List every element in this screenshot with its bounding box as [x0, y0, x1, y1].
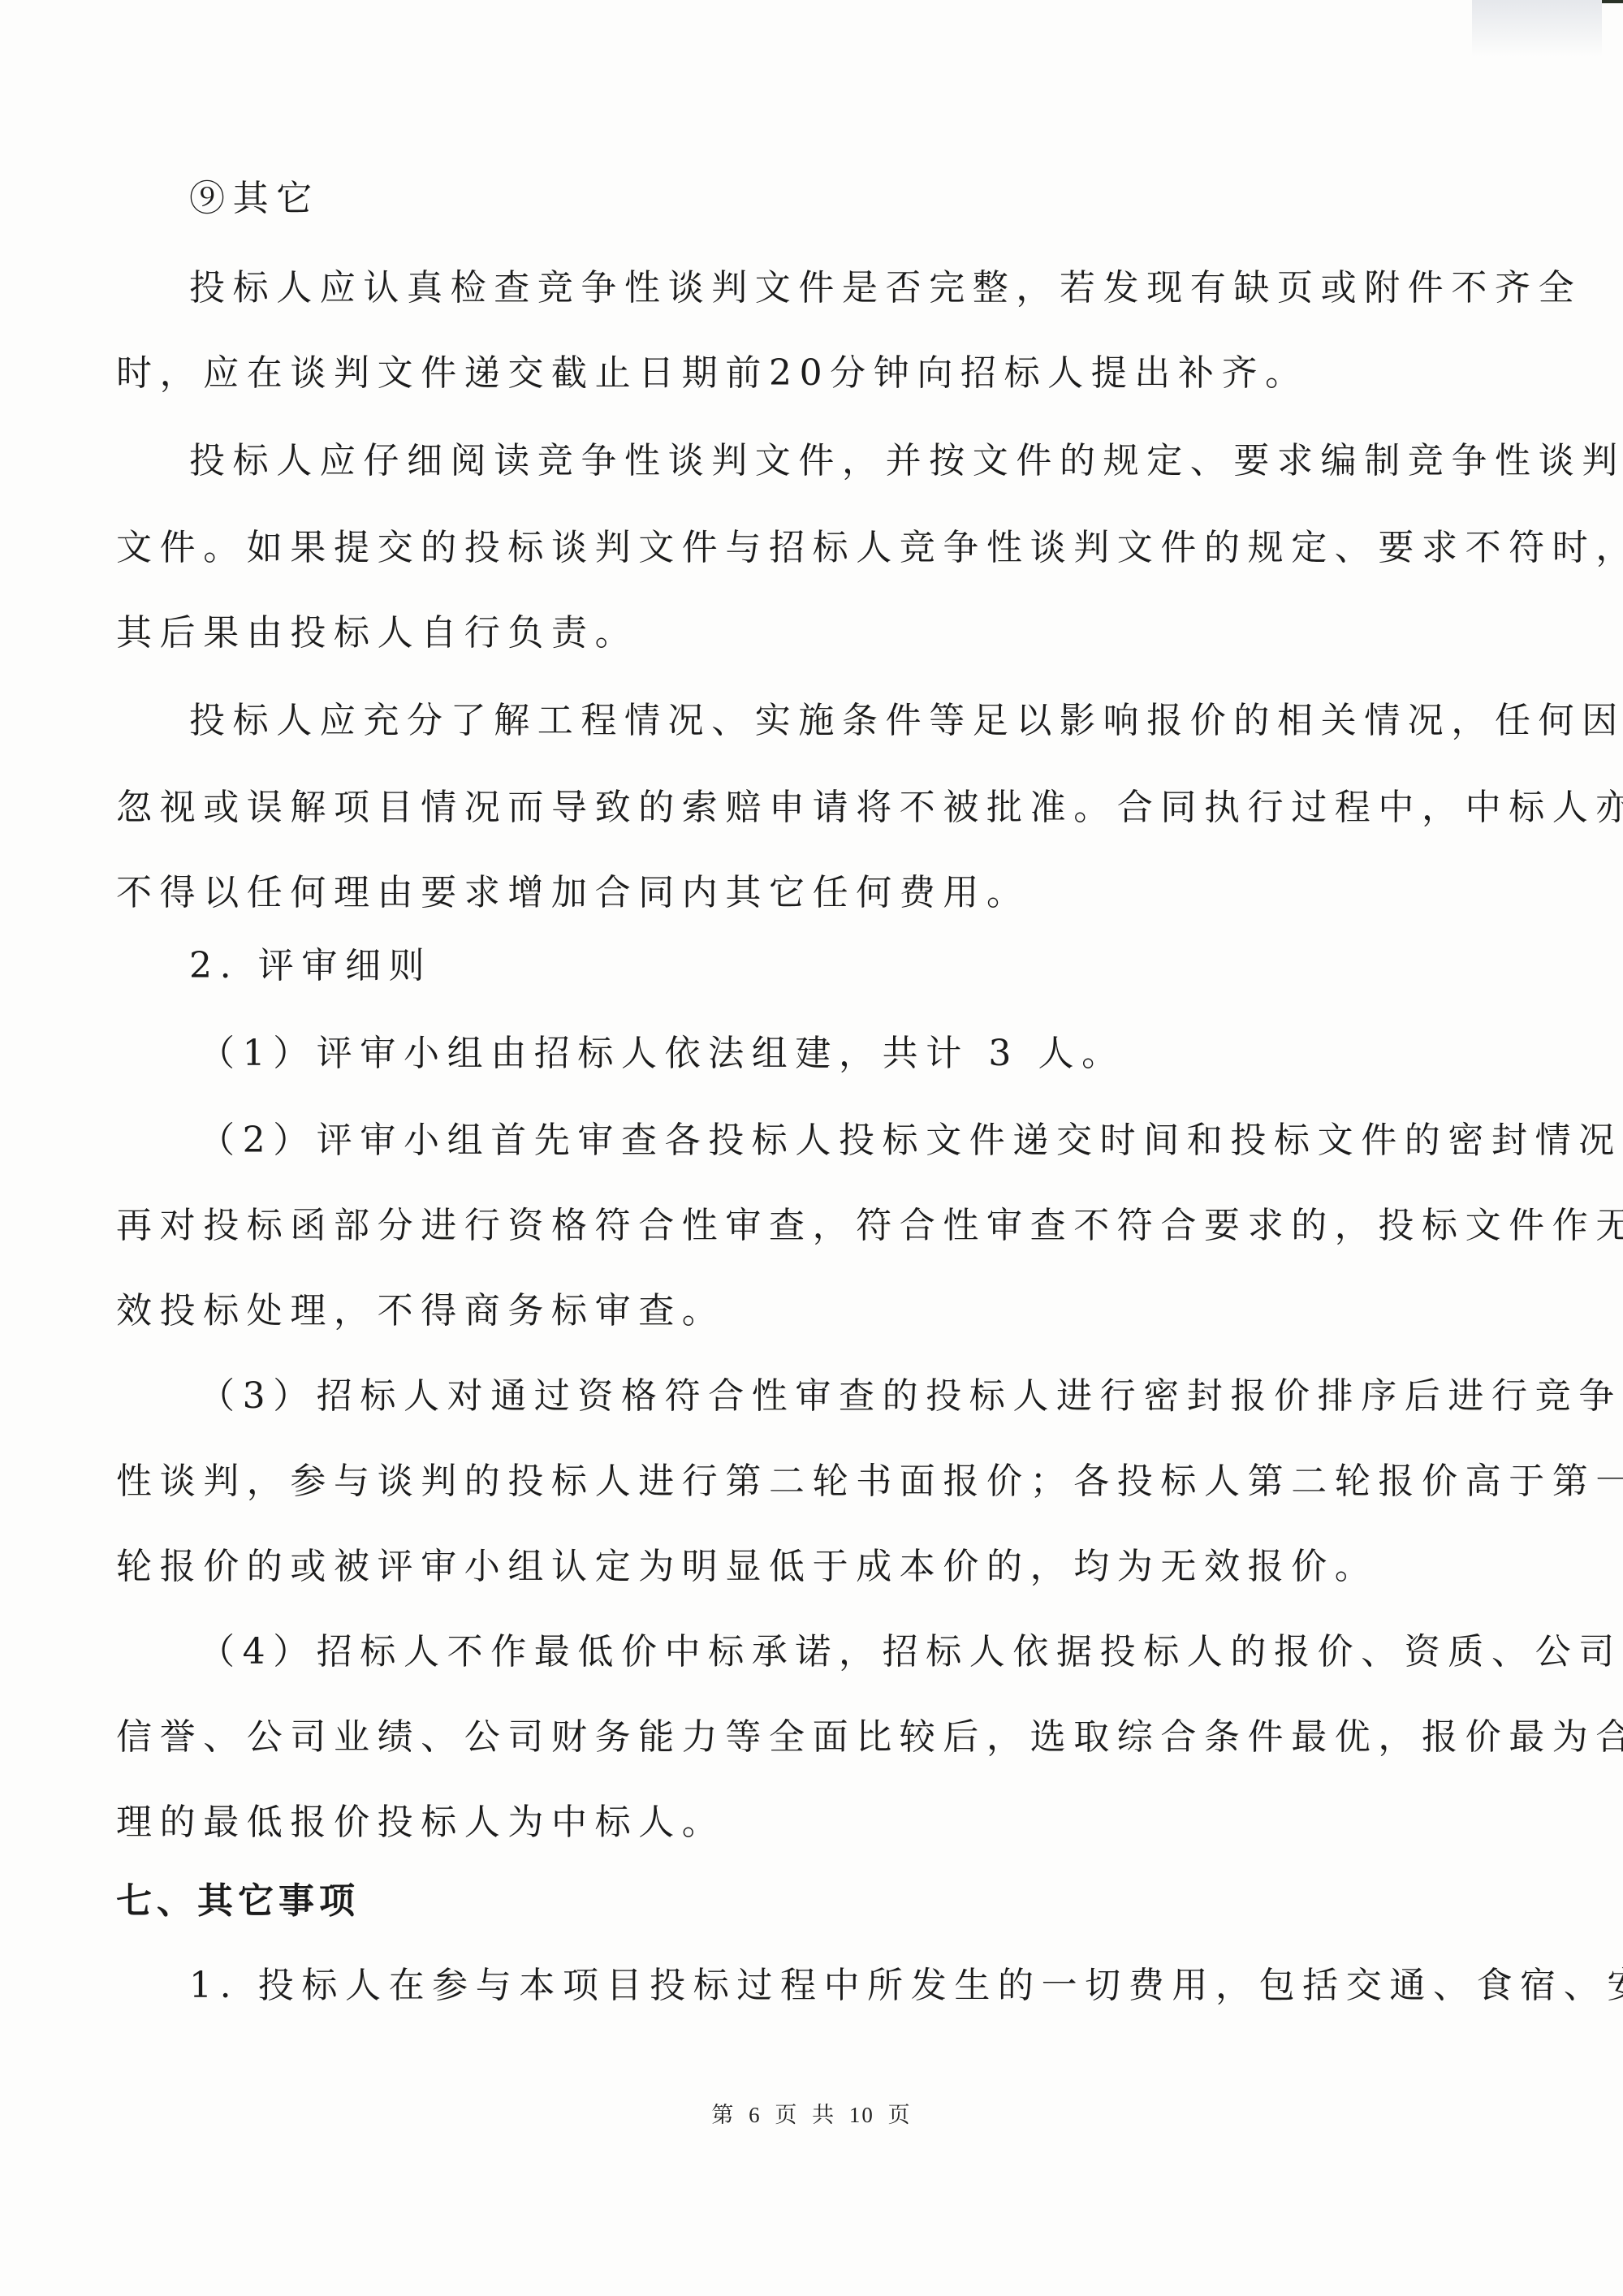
list-item-2: （2）评审小组首先审查各投标人投标文件递交时间和投标文件的密封情况，: [199, 1116, 1428, 1165]
paragraph-line: 投标人应仔细阅读竞争性谈判文件，并按文件的规定、要求编制竞争性谈判: [189, 437, 1428, 486]
paragraph-line: 时，应在谈判文件递交截止日期前20分钟向招标人提出补齐。: [116, 349, 1428, 398]
list-item-1: （1）评审小组由招标人依法组建，共计 3 人。: [199, 1029, 1428, 1078]
paragraph-line: 投标人应充分了解工程情况、实施条件等足以影响报价的相关情况，任何因: [189, 697, 1428, 745]
list-item-4: （4）招标人不作最低价中标承诺，招标人依据投标人的报价、资质、公司: [199, 1628, 1428, 1677]
list-item-3: （3）招标人对通过资格符合性审查的投标人进行密封报价排序后进行竞争: [199, 1372, 1428, 1421]
paragraph-line: 忽视或误解项目情况而导致的索赔申请将不被批准。合同执行过程中，中标人亦: [116, 783, 1428, 832]
paragraph-line: 性谈判，参与谈判的投标人进行第二轮书面报价；各投标人第二轮报价高于第一: [116, 1457, 1428, 1506]
paragraph-line: 文件。如果提交的投标谈判文件与招标人竞争性谈判文件的规定、要求不符时，: [116, 524, 1428, 572]
list-item-1-costs: 1. 投标人在参与本项目投标过程中所发生的一切费用，包括交通、食宿、安: [189, 1962, 1428, 2010]
paragraph-line: 效投标处理，不得商务标审查。: [116, 1287, 1428, 1336]
subsection-heading-review-rules: 2. 评审细则: [189, 942, 1428, 990]
page-number-footer: 第 6 页 共 10 页: [0, 2101, 1623, 2129]
paragraph-line: 再对投标函部分进行资格符合性审查，符合性审查不符合要求的，投标文件作无: [116, 1202, 1428, 1250]
document-page: ⑨其它 投标人应认真检查竞争性谈判文件是否完整，若发现有缺页或附件不齐全 时，应…: [0, 0, 1623, 2296]
subsection-heading-other: ⑨其它: [189, 175, 1428, 223]
paragraph-line: 信誉、公司业绩、公司财务能力等全面比较后，选取综合条件最优，报价最为合: [116, 1713, 1428, 1762]
paragraph-line: 投标人应认真检查竞争性谈判文件是否完整，若发现有缺页或附件不齐全: [189, 264, 1428, 313]
paragraph-line: 不得以任何理由要求增加合同内其它任何费用。: [116, 869, 1428, 917]
paragraph-line: 其后果由投标人自行负责。: [116, 609, 1428, 658]
paragraph-line: 轮报价的或被评审小组认定为明显低于成本价的，均为无效报价。: [116, 1543, 1428, 1591]
paragraph-line: 理的最低报价投标人为中标人。: [116, 1798, 1428, 1847]
section-heading-other-matters: 七、其它事项: [116, 1877, 1428, 1926]
